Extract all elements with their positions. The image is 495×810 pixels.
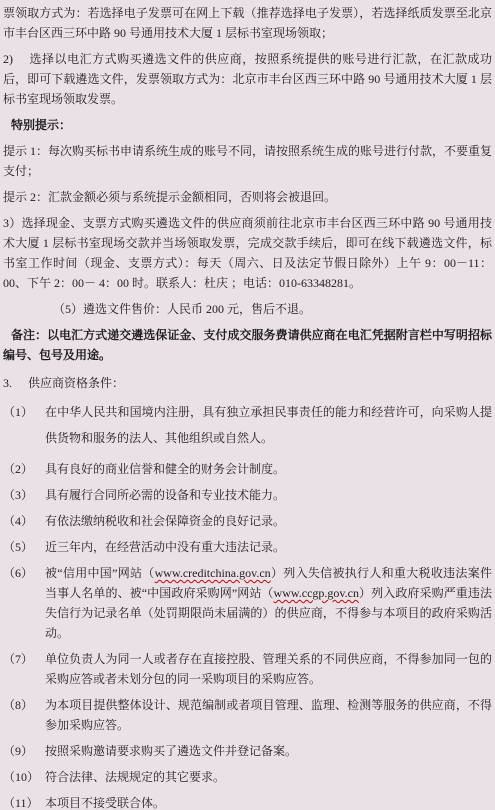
qualification-item-3: （3） 具有履行合同所必需的设备和专业技术能力。 bbox=[3, 485, 492, 505]
qualification-item-6: （6） 被“信用中国”网站（www.creditchina.gov.cn）列入失… bbox=[3, 563, 492, 643]
item-marker: （10） bbox=[3, 767, 45, 787]
paragraph-ticket-collection: 票领取方式为：若选择电子发票可在网上下载（推荐选择电子发票），若选择纸质发票至北… bbox=[3, 3, 492, 43]
item-marker: （11） bbox=[3, 793, 45, 810]
item-text-pre: 被“信用中国”网站（ bbox=[45, 566, 155, 580]
special-notice-heading: 特别提示： bbox=[3, 115, 492, 135]
remark-note: 备注：以电汇方式递交遴选保证金、支付成交服务费请供应商在电汇凭据附言栏中写明招标… bbox=[3, 325, 492, 365]
qualification-item-9: （9） 按照采购邀请要求购买了遴选文件并登记备案。 bbox=[3, 741, 492, 761]
paragraph-cash-cheque: 3）选择现金、支票方式购买遴选文件的供应商须前往北京市丰台区西三环中路 90 号… bbox=[3, 213, 492, 293]
item-marker: （9） bbox=[3, 741, 45, 761]
qualification-item-2: （2） 具有良好的商业信誉和健全的财务会计制度。 bbox=[3, 459, 492, 479]
item-marker: （5） bbox=[3, 537, 45, 557]
qualification-heading-title: 供应商资格条件： bbox=[28, 373, 492, 393]
qualification-item-4: （4） 有依法缴纳税收和社会保障资金的良好记录。 bbox=[3, 511, 492, 531]
item-text: 被“信用中国”网站（www.creditchina.gov.cn）列入失信被执行… bbox=[45, 563, 492, 643]
item-text: 近三年内，在经营活动中没有重大违法记录。 bbox=[45, 537, 492, 557]
item-marker: （1） bbox=[3, 399, 45, 451]
item-text: 在中华人民共和国境内注册，具有独立承担民事责任的能力和经营许可，向采购人提供货物… bbox=[45, 399, 492, 451]
qualification-heading-number: 3. bbox=[3, 373, 28, 393]
item-marker: （2） bbox=[3, 459, 45, 479]
procurement-document-page: 票领取方式为：若选择电子发票可在网上下载（推荐选择电子发票），若选择纸质发票至北… bbox=[0, 0, 495, 810]
qualification-item-7: （7） 单位负责人为同一人或者存在直接控股、管理关系的不同供应商，不得参加同一包… bbox=[3, 649, 492, 689]
item-text: 符合法律、法规规定的其它要求。 bbox=[45, 767, 492, 787]
item-text: 本项目不接受联合体。 bbox=[45, 793, 492, 810]
item-text: 按照采购邀请要求购买了遴选文件并登记备案。 bbox=[45, 741, 492, 761]
item-text: 单位负责人为同一人或者存在直接控股、管理关系的不同供应商，不得参加同一包的采购应… bbox=[45, 649, 492, 689]
item-text: 有依法缴纳税收和社会保障资金的良好记录。 bbox=[45, 511, 492, 531]
qualification-heading: 3. 供应商资格条件： bbox=[3, 373, 492, 393]
notice-1: 提示 1：每次购买标书申请系统生成的账号不同，请按照系统生成的账号进行付款，不要… bbox=[3, 141, 492, 181]
url-creditchina: www.creditchina.gov.cn bbox=[155, 566, 271, 580]
document-price-line: （5）遴选文件售价：人民币 200 元，售后不退。 bbox=[53, 299, 492, 319]
qualification-item-1: （1） 在中华人民共和国境内注册，具有独立承担民事责任的能力和经营许可，向采购人… bbox=[3, 399, 492, 451]
item-marker: （8） bbox=[3, 695, 45, 735]
item-marker: （7） bbox=[3, 649, 45, 689]
item-marker: （6） bbox=[3, 563, 45, 643]
notice-2: 提示 2：汇款金额必须与系统提示金额相同，否则将会被退回。 bbox=[3, 187, 492, 207]
paragraph-wire-transfer: 2) 选择以电汇方式购买遴选文件的供应商，按照系统提供的账号进行汇款，在汇款成功… bbox=[3, 49, 492, 109]
item-text: 具有良好的商业信誉和健全的财务会计制度。 bbox=[45, 459, 492, 479]
qualification-item-10: （10） 符合法律、法规规定的其它要求。 bbox=[3, 767, 492, 787]
item-marker: （3） bbox=[3, 485, 45, 505]
item-text: 具有履行合同所必需的设备和专业技术能力。 bbox=[45, 485, 492, 505]
qualification-item-8: （8） 为本项目提供整体设计、规范编制或者项目管理、监理、检测等服务的供应商，不… bbox=[3, 695, 492, 735]
item-marker: （4） bbox=[3, 511, 45, 531]
qualification-item-5: （5） 近三年内，在经营活动中没有重大违法记录。 bbox=[3, 537, 492, 557]
qualification-item-11: （11） 本项目不接受联合体。 bbox=[3, 793, 492, 810]
item-text: 为本项目提供整体设计、规范编制或者项目管理、监理、检测等服务的供应商，不得参加采… bbox=[45, 695, 492, 735]
url-ccgp: www.ccgp.gov.cn bbox=[274, 586, 359, 600]
